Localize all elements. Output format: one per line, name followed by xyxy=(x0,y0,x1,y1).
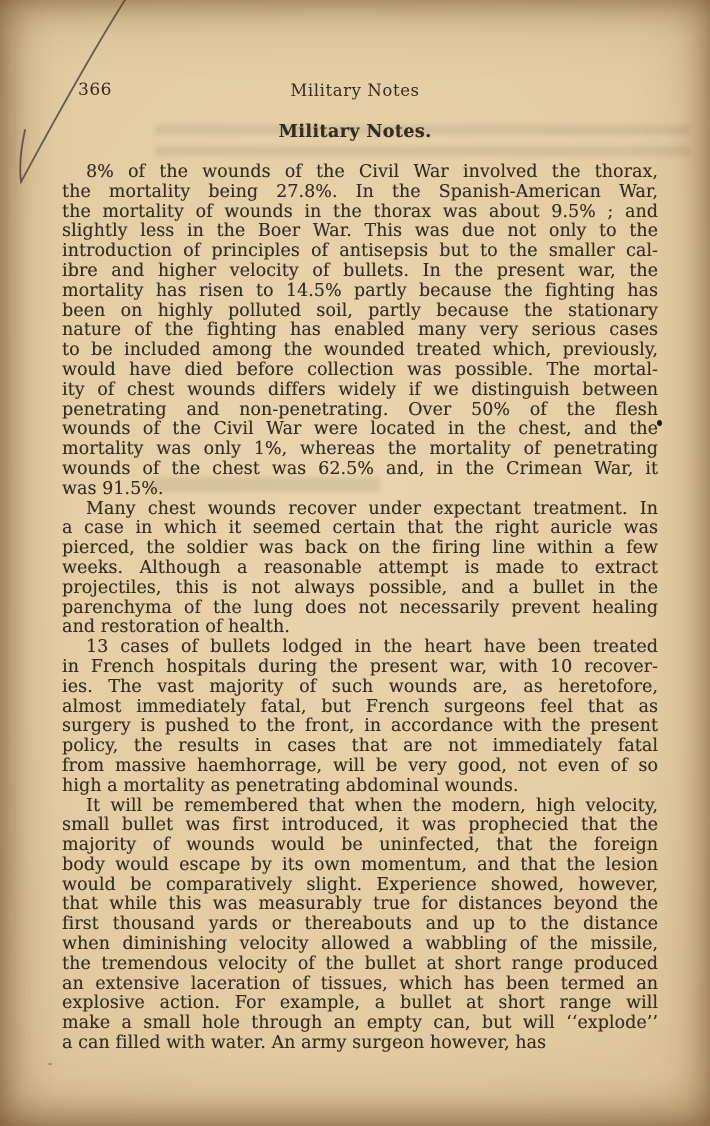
text-line: mortality was only 1%, whereas the morta… xyxy=(62,440,658,460)
text-line: was 91.5%. xyxy=(62,480,658,500)
paragraph: 8% of the wounds of the Civil War involv… xyxy=(62,163,658,500)
text-line: It will be remembered that when the mode… xyxy=(62,797,658,817)
text-line: first thousand yards or thereabouts and … xyxy=(62,915,658,935)
body-text: 8% of the wounds of the Civil War involv… xyxy=(62,163,658,1054)
text-line: make a small hole through an empty can, … xyxy=(62,1014,658,1034)
text-line: 8% of the wounds of the Civil War involv… xyxy=(62,163,658,183)
ink-speck xyxy=(657,420,662,426)
text-line: introduction of principles of antisepsis… xyxy=(62,242,658,262)
text-line: would have died before collection was po… xyxy=(62,361,658,381)
text-line: the mortality being 27.8%. In the Spanis… xyxy=(62,183,658,203)
paragraph: 13 cases of bullets lodged in the heart … xyxy=(62,638,658,796)
text-line: high a mortality as penetrating abdomina… xyxy=(62,777,658,797)
text-line: weeks. Although a reasonable attempt is … xyxy=(62,559,658,579)
text-line: almost immediately fatal, but French sur… xyxy=(62,698,658,718)
text-line: projectiles, this is not always possible… xyxy=(62,579,658,599)
paragraph: Many chest wounds recover under expectan… xyxy=(62,500,658,639)
paragraph: It will be remembered that when the mode… xyxy=(62,797,658,1054)
text-line: a case in which it seemed certain that t… xyxy=(62,519,658,539)
text-line: been on highly polluted soil, partly bec… xyxy=(62,302,658,322)
text-line: policy, the results in cases that are no… xyxy=(62,737,658,757)
book-page-scan: 366 Military Notes Military Notes. 8% of… xyxy=(0,0,710,1126)
text-line: in French hospitals during the present w… xyxy=(62,658,658,678)
text-line: slightly less in the Boer War. This was … xyxy=(62,222,658,242)
text-line: 13 cases of bullets lodged in the heart … xyxy=(62,638,658,658)
text-line: mortality has risen to 14.5% partly beca… xyxy=(62,282,658,302)
text-line: ity of chest wounds differs widely if we… xyxy=(62,381,658,401)
text-line: pierced, the soldier was back on the fir… xyxy=(62,539,658,559)
text-line: small bullet was first introduced, it wa… xyxy=(62,816,658,836)
text-line: the mortality of wounds in the thorax wa… xyxy=(62,203,658,223)
text-line: to be included among the wounded treated… xyxy=(62,341,658,361)
text-line: surgery is pushed to the front, in accor… xyxy=(62,717,658,737)
text-line: from massive haemhorrage, will be very g… xyxy=(62,757,658,777)
text-line: parenchyma of the lung does not necessar… xyxy=(62,599,658,619)
text-line: body would escape by its own momentum, a… xyxy=(62,856,658,876)
text-line: Many chest wounds recover under expectan… xyxy=(62,500,658,520)
text-line: and restoration of health. xyxy=(62,618,658,638)
text-line: ibre and higher velocity of bullets. In … xyxy=(62,262,658,282)
text-line: wounds of the Civil War were located in … xyxy=(62,420,658,440)
text-line: that while this was measurably true for … xyxy=(62,895,658,915)
text-line: ies. The vast majority of such wounds ar… xyxy=(62,678,658,698)
text-line: majority of wounds would be uninfected, … xyxy=(62,836,658,856)
text-line: the tremendous velocity of the bullet at… xyxy=(62,955,658,975)
text-line: would be comparatively slight. Experienc… xyxy=(62,876,658,896)
text-line: wounds of the chest was 62.5% and, in th… xyxy=(62,460,658,480)
text-line: when diminishing velocity allowed a wabb… xyxy=(62,935,658,955)
ink-speck-small xyxy=(48,1063,52,1065)
text-line: a can filled with water. An army surgeon… xyxy=(62,1034,658,1054)
text-line: nature of the fighting has enabled many … xyxy=(62,321,658,341)
running-head: Military Notes xyxy=(0,81,710,100)
text-line: explosive action. For example, a bullet … xyxy=(62,994,658,1014)
section-heading: Military Notes. xyxy=(0,122,710,142)
text-line: penetrating and non-penetrating. Over 50… xyxy=(62,401,658,421)
text-line: an extensive laceration of tissues, whic… xyxy=(62,975,658,995)
